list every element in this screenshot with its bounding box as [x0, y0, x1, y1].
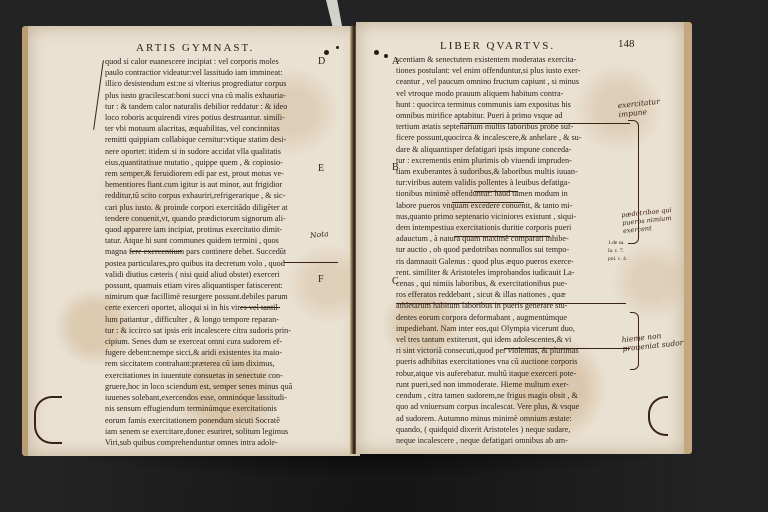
text-line: tionibus minimè offenduntur: haud tamen … [396, 188, 641, 199]
text-line: pueris adhibitas exercitationes vna cũ a… [396, 356, 641, 367]
ink-stain [336, 46, 339, 49]
text-line: certe exerceri oportet, alioqui si in hi… [105, 302, 345, 313]
text-line: redditur,tũ scito corpus exhauriri,refri… [105, 190, 345, 201]
right-running-head: LIBER QVARTVS. [440, 40, 555, 52]
text-line: cari plus iusto. & proinde corpori exerc… [105, 202, 345, 213]
handwritten-underline [474, 191, 518, 192]
text-line: robur,atque vis auferebatur. multũ itaqu… [396, 368, 641, 379]
text-line: dem intempestiua exercitationis duritie … [396, 222, 641, 233]
text-line: iam senem se exercitare,donec esuriret, … [105, 426, 345, 437]
text-line: possunt, quamuis etiam vires aliquantisp… [105, 280, 345, 291]
margin-note-nota: Nota [310, 229, 329, 240]
handwritten-underline [460, 123, 630, 124]
text-line: validi diutius cæteris ( nisi quid aliud… [105, 269, 345, 280]
text-line: paulo contractior videatur:vel lassitudo… [105, 67, 345, 78]
text-line: nus,quanto primo septenario viciniores e… [396, 211, 641, 222]
text-line: remitti quippiam collabique cernitur:vti… [105, 134, 345, 145]
text-line: rent. similiter & Aristoteles improbando… [396, 267, 641, 278]
text-line: nimirum quæ facillimè resurgere possunt.… [105, 291, 345, 302]
text-line: iuuenes solebant,exercendos esse, omninó… [105, 392, 345, 403]
text-line: ter vbi motuum alacritas, æquabilitas, v… [105, 123, 345, 134]
text-line: plus iusto gracilescat:boni succi vna cũ… [105, 90, 345, 101]
text-line: nis sensum effugiendum terminúmque exerc… [105, 403, 345, 414]
handwritten-underline [240, 307, 280, 308]
section-letter-f: F [318, 274, 324, 285]
text-line: tur : & tandem calor naturalis debilior … [105, 101, 345, 112]
text-line: dare & aliquantisper defatigari ipsis im… [396, 144, 641, 155]
text-line: exercitationes in iuuentute consuetas in… [105, 370, 345, 381]
text-line: impediebant. Nam inter eos,qui Olympia v… [396, 323, 641, 334]
section-letter-b: B [392, 162, 399, 173]
text-line: vel tres tantum extiterunt, qui idem ado… [396, 334, 641, 345]
text-line: tatur. Atque hi sunt communes quidem ter… [105, 235, 345, 246]
text-line: rem siccitatem contrahant:præterea cũ ia… [105, 358, 345, 369]
handwritten-underline [130, 251, 182, 252]
left-running-head: ARTIS GYMNAST. [136, 42, 254, 54]
section-letter-c: C [392, 276, 399, 287]
text-line: tur:viribus autem validis pollentes à le… [396, 177, 641, 188]
page-number: 148 [618, 38, 635, 50]
ink-stain [374, 50, 379, 55]
left-page: ARTIS GYMNAST. quod si calor euanescere … [22, 26, 360, 456]
text-line: magna fere exercentium pars continere de… [105, 246, 345, 257]
margin-reference: pol. c. 4. [608, 256, 627, 263]
text-line: quando, ( quidquid dixerit Aristoteles )… [396, 424, 641, 435]
worm-damage-hole [34, 396, 62, 444]
text-line: tur auctio , ob quod pædotribas nonnullo… [396, 244, 641, 255]
text-line: fugere debent:nempe sicci,& aridi existe… [105, 347, 345, 358]
text-line: postea particulares,pro quibus ita decre… [105, 258, 345, 269]
margin-reference: ſa. c. 7. [608, 248, 624, 255]
text-line: runt pueri,sed non immoderate. Hieme mul… [396, 379, 641, 390]
right-page-body-text: scentiam & senectutem existentem moderat… [396, 54, 641, 446]
text-line: adauctum , à natura quam maximè comparat… [396, 233, 641, 244]
text-line: Viri,sub quibus comprehenduntur omnes in… [105, 437, 345, 448]
ink-bracket-mark [93, 60, 104, 129]
text-line: dentes eorum corpora deformabant , augme… [396, 312, 641, 323]
text-line: vel vtroque modo prauum aliquem habitum … [396, 88, 641, 99]
ink-stain [384, 54, 388, 58]
text-line: illico desistendum est:ne si vlterius pr… [105, 78, 345, 89]
text-line: tendere conuenit,vt, quando prædictorum … [105, 213, 345, 224]
text-line: gruere,hoc in loco sciendum est, semper … [105, 381, 345, 392]
left-page-body-text: quod si calor euanescere incipiat : vel … [105, 56, 345, 448]
text-line: tiones postulant: vel enim offenduntur,s… [396, 65, 641, 76]
text-line: omnibus mirifice aptabitur. Pueri à prim… [396, 110, 641, 121]
handwritten-underline [396, 303, 626, 304]
text-line: cipium. Senes dum se exerceat omni cura … [105, 336, 345, 347]
text-line: ad sudorem. Autumno minus minimè omnium … [396, 413, 641, 424]
text-line: ros efferatos reddebant , sicut & illas … [396, 289, 641, 300]
text-line: tur : & iccirco sat ipsis erit incalesce… [105, 325, 345, 336]
worm-damage-hole [648, 396, 668, 436]
text-line: rem semper,& feruidiorem edi par est, pr… [105, 168, 345, 179]
handwritten-underline [284, 262, 338, 263]
section-letter-e: E [318, 163, 324, 174]
text-line: cendum , citra tamen sudorem,ne frigus m… [396, 390, 641, 401]
section-letter-a: A [392, 56, 399, 67]
handwritten-underline [454, 236, 550, 237]
text-line: ficere possunt,quocirca & incalescere,& … [396, 132, 641, 143]
text-line: hunt : quocirca terminus communis iam ex… [396, 99, 641, 110]
section-letter-d: D [318, 56, 325, 67]
text-line: tur : excrementis enim plurimis ob viuen… [396, 155, 641, 166]
text-line: eius,quantitatisue mutatio , quippe quem… [105, 157, 345, 168]
text-line: quod si calor euanescere incipiat : vel … [105, 56, 345, 67]
text-line: neque incalescere , neque defatigari omn… [396, 435, 641, 446]
text-line: eorum famis exercitationem ponendum sicu… [105, 415, 345, 426]
text-line: hementiores fiant.cum igitur is aut mino… [105, 179, 345, 190]
text-line: cenas , qui nimiis laboribus, & exercita… [396, 278, 641, 289]
text-line: ris damnauit Galenus : quod plus æquo pu… [396, 256, 641, 267]
text-line: tiam exuberantes à sudoribus,& laboribus… [396, 166, 641, 177]
text-line: nere oportet: itidem si in sudore accida… [105, 146, 345, 157]
text-line: ceantur , vel paucum omnino fructum capi… [396, 76, 641, 87]
right-page: LIBER QVARTVS. 148 scentiam & senectutem… [356, 22, 692, 454]
text-line: lum patiantur , difficulter , & longo te… [105, 314, 345, 325]
handwritten-underline [452, 202, 524, 203]
margin-reference: 1.de sa. [608, 240, 625, 247]
ink-stain [324, 50, 329, 55]
handwritten-underline [504, 348, 630, 349]
text-line: scentiam & senectutem existentem moderat… [396, 54, 641, 65]
text-line: quo ad vniuersum corpus incalescat. Vere… [396, 401, 641, 412]
text-line: ri sint victoriã consecuti,quod per viol… [396, 345, 641, 356]
margin-note-paedotribae: pædotribae qui pueros nimium exercent [621, 205, 683, 235]
text-line: loco roboris acquirendi vires potius des… [105, 112, 345, 123]
